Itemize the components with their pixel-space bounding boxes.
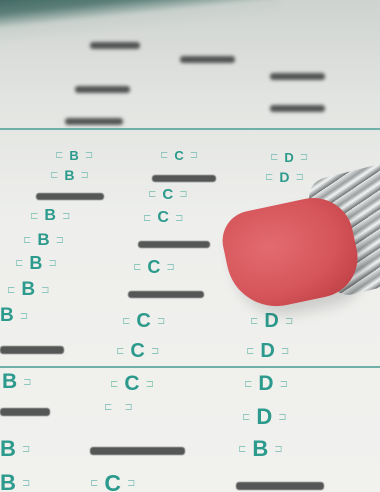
bubble-d: ⊏B⊐ xyxy=(238,436,283,462)
bubble-b: B⊐ xyxy=(0,470,30,492)
bubble-c: ⊏C⊐ xyxy=(122,310,165,333)
pencil-mark xyxy=(152,175,216,182)
bubble-c: ⊏C⊐ xyxy=(90,470,135,492)
bubble-b: ⊏B⊐ xyxy=(50,167,89,183)
pencil-mark xyxy=(90,42,140,49)
pencil-mark xyxy=(236,482,324,490)
bubble-b: ⊏B⊐ xyxy=(7,279,50,301)
bubble-b: ⊏B⊐ xyxy=(30,207,70,225)
pencil-mark xyxy=(270,73,325,80)
pencil-mark xyxy=(180,56,235,63)
bubble-b: B⊐ xyxy=(0,436,30,462)
pencil-mark xyxy=(138,241,210,248)
bubble-b: ⊏B⊐ xyxy=(15,253,57,274)
pencil-mark xyxy=(36,193,104,200)
bubble-b: CB⊐ xyxy=(2,370,32,394)
bubble-c: ⊏C⊐ xyxy=(160,148,198,163)
section-divider xyxy=(0,128,380,130)
pencil-mark xyxy=(90,447,185,455)
pencil-mark xyxy=(128,291,204,298)
pencil-mark xyxy=(75,86,130,93)
pencil-mark xyxy=(65,118,123,125)
pencil-mark xyxy=(270,105,325,112)
bubble-b: CB⊐ xyxy=(0,305,28,327)
bubble-c: ⊏C⊐ xyxy=(116,340,159,363)
bubble-b: ⊏B⊐ xyxy=(23,230,64,250)
bubble-d: ⊏D⊐ xyxy=(250,310,293,333)
bubble-c: ⊏C⊐ xyxy=(143,209,183,227)
section-divider xyxy=(0,366,380,368)
bubble-d: ⊏D⊐ xyxy=(242,404,287,430)
bubble-c: ⊏C⊐ xyxy=(110,372,154,396)
pencil-mark xyxy=(0,346,64,354)
pencil-mark xyxy=(0,408,50,416)
bubble-d: ⊏D⊐ xyxy=(246,340,289,363)
bubble-c: ⊏⊐ xyxy=(104,402,133,413)
bubble-d: ⊏D⊐ xyxy=(244,372,288,396)
blurred-background-rows xyxy=(0,0,380,140)
bubble-d: ⊏D⊐ xyxy=(265,169,304,185)
bubble-b: ⊏B⊐ xyxy=(55,148,93,163)
bubble-d: ⊏D⊐ xyxy=(270,150,308,165)
bubble-c: ⊏C⊐ xyxy=(133,257,175,278)
bubble-c: ⊏C⊐ xyxy=(148,186,188,203)
